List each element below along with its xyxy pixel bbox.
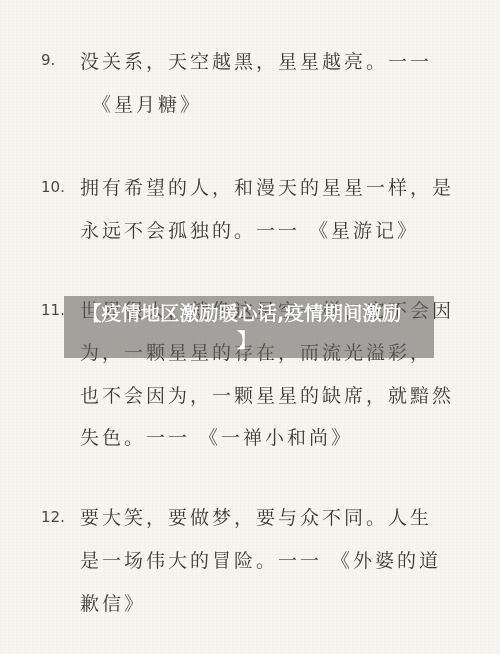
article-title-overlay[interactable]: 【疫情地区激励暖心话,疫情期间激励 】 bbox=[82, 300, 434, 354]
quote-line: 拥有希望的人，和漫天的星星一样，是 bbox=[80, 173, 454, 200]
quote-source: 《星月糖》 bbox=[92, 90, 202, 117]
quote-number: 12. bbox=[41, 508, 65, 526]
quote-source: 歉信》 bbox=[80, 589, 146, 616]
title-line-1: 【疫情地区激励暖心话,疫情期间激励 bbox=[82, 300, 434, 327]
title-line-2: 】 bbox=[82, 327, 434, 354]
quote-line: 永远不会孤独的。一一 《星游记》 bbox=[80, 216, 419, 243]
quote-line: 没关系，天空越黑，星星越亮。一一 bbox=[80, 47, 432, 74]
quote-number: 10. bbox=[41, 178, 65, 196]
quote-line: 要大笑，要做梦，要与众不同。人生 bbox=[80, 503, 432, 530]
quote-line: 也不会因为，一颗星星的缺席，就黯然 bbox=[80, 381, 454, 408]
quote-source: 失色。一一 《一禅小和尚》 bbox=[80, 423, 353, 450]
quote-number: 11. bbox=[41, 301, 65, 319]
quote-number: 9. bbox=[41, 51, 55, 69]
quote-line: 是一场伟大的冒险。一一 《外婆的道 bbox=[80, 546, 441, 573]
